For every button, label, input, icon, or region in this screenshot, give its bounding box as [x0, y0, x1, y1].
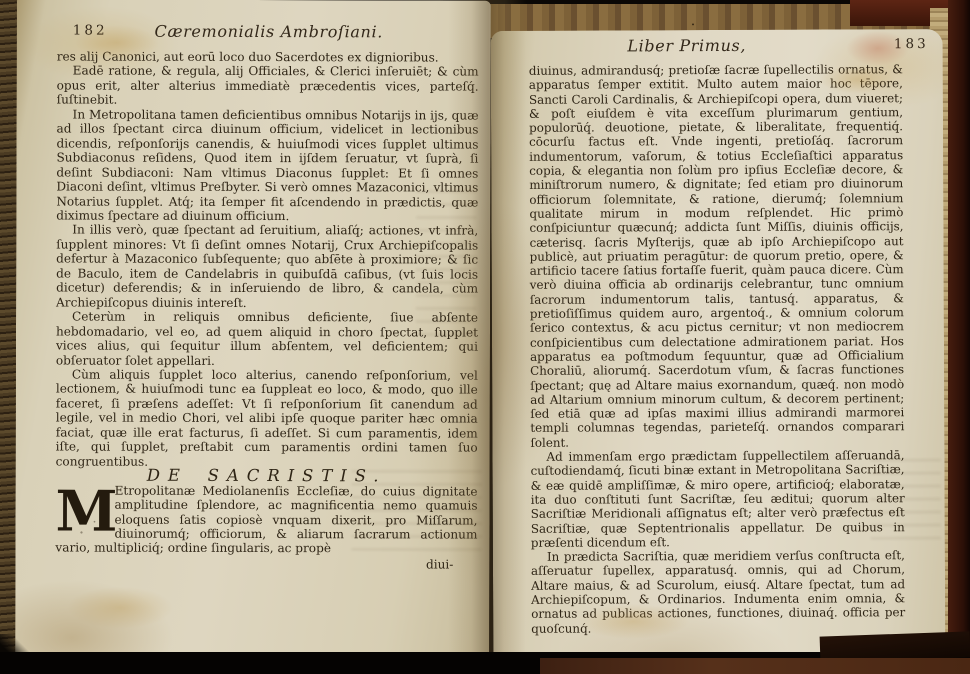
right-page-number: 183 [894, 36, 929, 52]
right-page-header: Liber Primus, 183 [491, 35, 943, 61]
section-heading: DE SACRISTIS. [56, 469, 478, 485]
right-page: Liber Primus, 183 diuinus, admirandusq́;… [491, 29, 946, 657]
paragraph: Cùm aliquis ſupplet loco alterius, canen… [56, 367, 478, 469]
book-photo: 182 Cæremonialis Ambroſiani. res alij Ca… [0, 0, 970, 674]
left-text-block: res alij Canonici, aut eorū loco duo Sac… [55, 49, 478, 571]
paragraph: res alij Canonici, aut eorū loco duo Sac… [57, 49, 479, 65]
right-running-title: Liber Primus, [491, 35, 943, 56]
book-cover-right [948, 0, 970, 674]
paragraph: In Metropolitana tamen deficientibus omn… [56, 107, 478, 224]
paragraph: In illis verò, quæ ſpectant ad ſeruitium… [56, 223, 478, 311]
paragraph: diuinus, admirandusq́; pretioſæ ſacræ ſu… [529, 62, 905, 450]
drop-cap-initial: M [55, 486, 107, 540]
paragraph: In prædicta Sacriſtia, quæ meridiem verſ… [531, 548, 905, 635]
table-surface [540, 658, 970, 674]
left-page: 182 Cæremonialis Ambroſiani. res alij Ca… [15, 0, 491, 659]
left-running-title: Cæremonialis Ambroſiani. [17, 21, 491, 41]
paragraph: Ad immenſam ergo prædictam ſuppellectile… [530, 448, 904, 550]
catchword: diui- [55, 556, 453, 571]
right-text-block: diuinus, admirandusq́; pretioſæ ſacræ ſu… [529, 62, 906, 651]
paragraph: Eadē ratione, & regula, alij Officiales,… [57, 64, 479, 108]
stain [45, 577, 195, 637]
left-page-header: 182 Cæremonialis Ambroſiani. [17, 21, 491, 46]
paragraph-with-dropcap: MEtropolitanæ Mediolanenſis Eccleſiæ, do… [55, 483, 477, 556]
dropcap-paragraph-text: Etropolitanæ Mediolanenſis Eccleſiæ, do … [55, 483, 477, 555]
paragraph: Ceterùm in reliquis omnibus deficiente, … [56, 310, 478, 369]
